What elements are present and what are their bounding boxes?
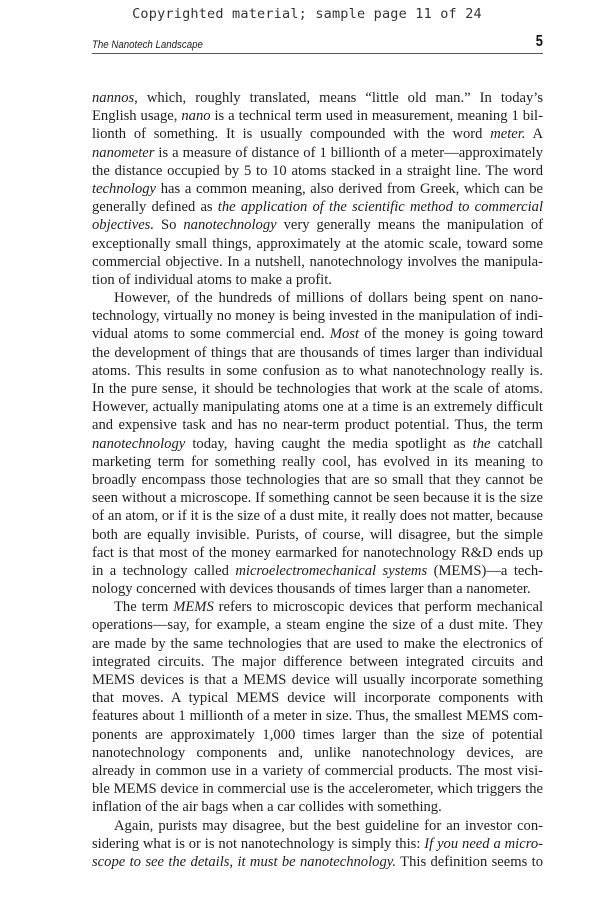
text-line: MEMS devices is that a MEMS device will …	[92, 671, 543, 689]
text-line: fact is that most of the money earmarked…	[92, 544, 543, 562]
running-header: The Nanotech Landscape 5	[92, 34, 543, 54]
text-line: of an atom, or if it is the size of a du…	[92, 507, 543, 525]
text-line: nanotechnology components and, unlike na…	[92, 744, 543, 762]
paragraph: Again, purists may disagree, but the bes…	[92, 817, 543, 872]
text-line: that moves. A typical MEMS device will i…	[92, 689, 543, 707]
text-line: seen without a microscope. If something …	[92, 489, 543, 507]
text-line: sidering what is or is not nanotechnolog…	[92, 835, 543, 853]
text-line: However, actually manipulating atoms one…	[92, 398, 543, 416]
text-line: ble MEMS device in commercial use is the…	[92, 780, 543, 798]
text-line: atoms. This results in some confusion as…	[92, 362, 543, 380]
paragraph: The term MEMS refers to microscopic devi…	[92, 598, 543, 816]
text-line: and expensive task and has no near-term …	[92, 416, 543, 434]
text-line: the development of things that are thous…	[92, 344, 543, 362]
text-line: objectives. So nanotechnology very gener…	[92, 216, 543, 234]
text-line: exceptionally small things, approximatel…	[92, 235, 543, 253]
text-line: In the pure sense, it should be technolo…	[92, 380, 543, 398]
text-line: nanometer is a measure of distance of 1 …	[92, 144, 543, 162]
text-line: tion of individual atoms to make a profi…	[92, 271, 543, 289]
text-line: broadly encompass those technologies tha…	[92, 471, 543, 489]
text-line: operations—say, for example, a steam eng…	[92, 616, 543, 634]
text-line: features about 1 millionth of a meter in…	[92, 707, 543, 725]
text-line: English usage, nano is a technical term …	[92, 107, 543, 125]
paragraph: However, of the hundreds of millions of …	[92, 289, 543, 598]
text-line: ponents are approximately 1,000 times la…	[92, 726, 543, 744]
text-line: nannos, which, roughly translated, means…	[92, 89, 543, 107]
running-title: The Nanotech Landscape	[92, 39, 203, 51]
text-line: vidual atoms to some commercial end. Mos…	[92, 325, 543, 343]
text-line: both are equally invisible. Purists, of …	[92, 526, 543, 544]
text-line: generally defined as the application of …	[92, 198, 543, 216]
text-line: marketing term for something really cool…	[92, 453, 543, 471]
text-line: already in common use in a variety of co…	[92, 762, 543, 780]
text-line: scope to see the details, it must be nan…	[92, 853, 543, 871]
text-line: in a technology called microelectromecha…	[92, 562, 543, 580]
text-line: nanotechnology today, having caught the …	[92, 435, 543, 453]
paragraph: nannos, which, roughly translated, means…	[92, 89, 543, 289]
text-line: the distance occupied by 5 to 10 atoms s…	[92, 162, 543, 180]
text-line: Again, purists may disagree, but the bes…	[92, 817, 543, 835]
text-line: However, of the hundreds of millions of …	[92, 289, 543, 307]
text-line: lionth of something. It is usually compo…	[92, 125, 543, 143]
text-line: technology, virtually no money is being …	[92, 307, 543, 325]
text-line: commercial objective. In a nutshell, nan…	[92, 253, 543, 271]
copyright-watermark: Copyrighted material; sample page 11 of …	[0, 6, 614, 22]
text-line: nology concerned with devices thousands …	[92, 580, 543, 598]
text-line: technology has a common meaning, also de…	[92, 180, 543, 198]
body-text: nannos, which, roughly translated, means…	[92, 89, 543, 871]
page-number: 5	[536, 33, 543, 51]
text-line: are made by the same technologies that a…	[92, 635, 543, 653]
text-line: The term MEMS refers to microscopic devi…	[92, 598, 543, 616]
text-line: inflation of the air bags when a car col…	[92, 798, 543, 816]
text-line: integrated circuits. The major differenc…	[92, 653, 543, 671]
